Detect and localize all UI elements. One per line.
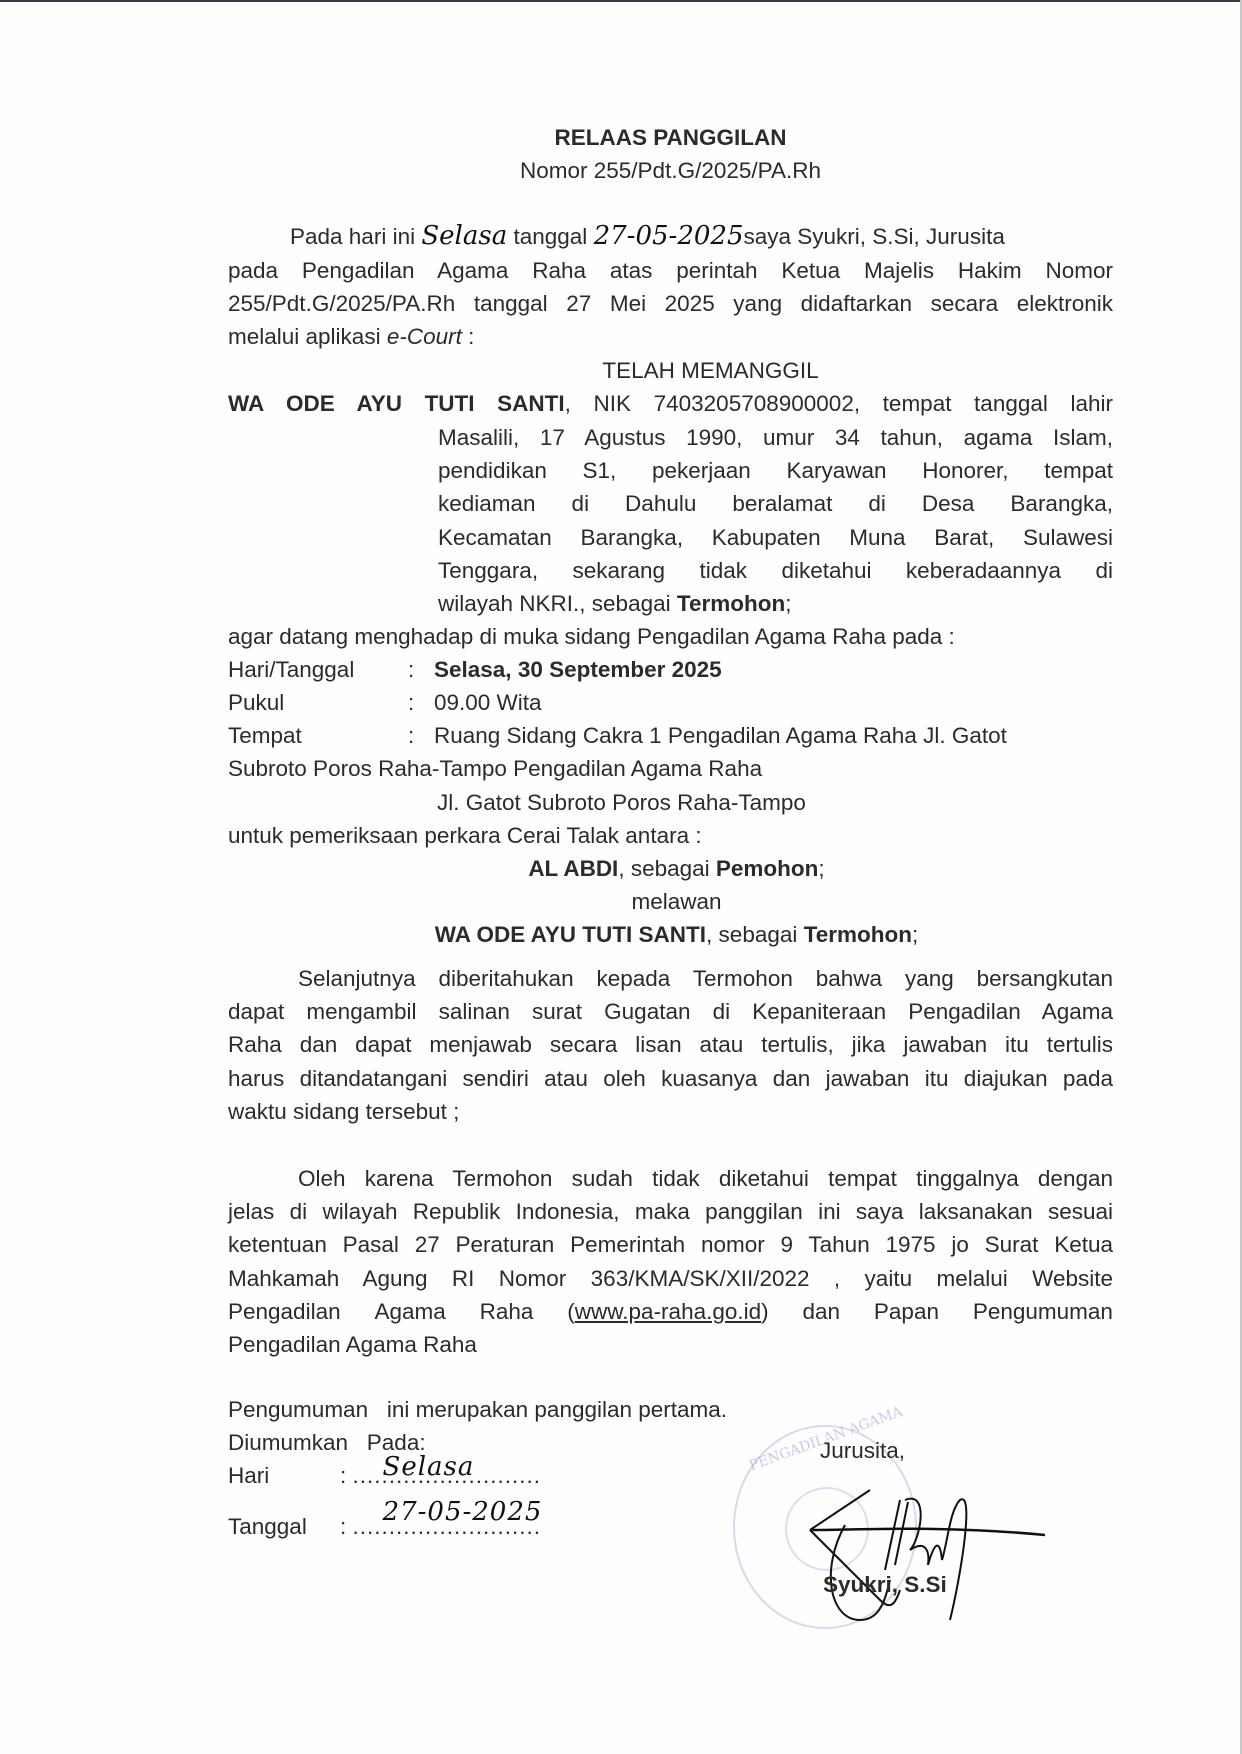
petitioner-line: AL ABDI, sebagai Pemohon;	[234, 852, 1119, 885]
reason-line: jelas di wilayah Republik Indonesia, mak…	[228, 1195, 1113, 1228]
respondent-detail-line: Masalili, 17 Agustus 1990, umur 34 tahun…	[438, 421, 1113, 454]
reason-line-5-papan: Papan	[874, 1295, 939, 1328]
reason-line-5-pengadilan: Pengadilan	[228, 1295, 341, 1328]
reason-line-5: Pengadilan Agama Raha (www.pa-raha.go.id…	[228, 1295, 1113, 1328]
respondent-last-suffix: ;	[785, 591, 791, 616]
signature-scribble	[800, 1480, 1050, 1630]
scan-top-edge	[0, 0, 1242, 2]
announcement-date-field: ..........................27-05-2025	[353, 1514, 542, 1539]
signature-block: Jurusita,	[820, 1438, 1080, 1464]
document-number: Nomor 255/Pdt.G/2025/PA.Rh	[228, 154, 1113, 187]
signer-position: Jurusita,	[820, 1438, 905, 1463]
opening-line-2: pada Pengadilan Agama Raha atas perintah…	[228, 254, 1113, 287]
respondent-detail-line: kediaman di Dahulu beralamat di Desa Bar…	[438, 487, 1113, 520]
case-intro: untuk pemeriksaan perkara Cerai Talak an…	[228, 819, 1113, 852]
announcement-day-handwritten: Selasa	[383, 1451, 475, 1484]
respondent-last-line: wilayah NKRI., sebagai Termohon;	[438, 587, 1113, 620]
respondent-first-line-rest: , NIK 7403205708900002, tempat tanggal l…	[565, 391, 1113, 416]
colon: :	[408, 653, 434, 686]
document-title: RELAAS PANGGILAN	[228, 121, 1113, 154]
summons-intro: agar datang menghadap di muka sidang Pen…	[228, 620, 1113, 653]
place-value-line-1: Ruang Sidang Cakra 1 Pengadilan Agama Ra…	[434, 723, 1007, 748]
notice-line: Selanjutnya diberitahukan kepada Termoho…	[298, 962, 1113, 995]
schedule-time: Pukul:09.00 Wita	[228, 686, 1113, 719]
reason-line-5-dan: dan	[803, 1295, 841, 1328]
handwritten-day: Selasa	[421, 221, 507, 251]
opening-line-1: Pada hari ini Selasa tanggal 27-05-2025s…	[290, 220, 1113, 253]
day-date-value: Selasa, 30 September 2025	[434, 657, 722, 682]
colon: :	[408, 719, 434, 752]
reason-line: Oleh karena Termohon sudah tidak diketah…	[298, 1162, 1113, 1195]
day-date-label: Hari/Tanggal	[228, 653, 408, 686]
respondent-role: Termohon	[677, 591, 785, 616]
website-link[interactable]: www.pa-raha.go.id	[575, 1299, 761, 1324]
party-end: ;	[818, 856, 824, 881]
respondent-detail-line: pendidikan S1, pekerjaan Karyawan Honore…	[438, 454, 1113, 487]
notice-line: dapat mengambil salinan surat Gugatan di…	[228, 995, 1113, 1028]
respondent-party-line: WA ODE AYU TUTI SANTI, sebagai Termohon;	[234, 918, 1119, 951]
petitioner-role: Pemohon	[716, 856, 819, 881]
reason-line-6: Pengadilan Agama Raha	[228, 1328, 1113, 1361]
respondent-party-mid: , sebagai	[706, 922, 804, 947]
colon: :	[340, 1514, 346, 1539]
colon: :	[408, 686, 434, 719]
announcement-day-field: ..........................Selasa	[353, 1463, 542, 1488]
respondent-detail-line: Kecamatan Barangka, Kabupaten Muna Barat…	[438, 521, 1113, 554]
heading-called: TELAH MEMANGGIL	[268, 354, 1153, 387]
petitioner-mid: , sebagai	[618, 856, 716, 881]
reason-line-5-agama: Agama	[374, 1295, 445, 1328]
reason-line: ketentuan Pasal 27 Peraturan Pemerintah …	[228, 1228, 1113, 1261]
place-value-line-3: Jl. Gatot Subroto Poros Raha-Tampo	[437, 786, 1242, 819]
respondent-line-1: WA ODE AYU TUTI SANTI, NIK 7403205708900…	[228, 387, 1113, 420]
place-label: Tempat	[228, 719, 408, 752]
notice-line: Raha dan dapat menjawab secara lisan ata…	[228, 1028, 1113, 1061]
opening-suffix: saya Syukri, S.Si, Jurusita	[743, 224, 1004, 249]
place-value-line-2: Subroto Poros Raha-Tampo Pengadilan Agam…	[228, 752, 1113, 785]
schedule-day-date: Hari/Tanggal:Selasa, 30 September 2025	[228, 653, 1113, 686]
notice-line: waktu sidang tersebut ;	[228, 1095, 1113, 1128]
opening-line-3: 255/Pdt.G/2025/PA.Rh tanggal 27 Mei 2025…	[228, 287, 1113, 320]
respondent-name: WA ODE AYU TUTI SANTI	[228, 391, 565, 416]
ecourt-label: e-Court	[387, 324, 462, 349]
colon: :	[340, 1463, 346, 1488]
versus-label: melawan	[234, 885, 1119, 918]
schedule-place: Tempat:Ruang Sidang Cakra 1 Pengadilan A…	[228, 719, 1113, 752]
tanggal-label: tanggal	[513, 224, 587, 249]
respondent-party-name: WA ODE AYU TUTI SANTI	[435, 922, 706, 947]
time-label: Pukul	[228, 686, 408, 719]
respondent-last-prefix: wilayah NKRI., sebagai	[438, 591, 677, 616]
opening-prefix: Pada hari ini	[290, 224, 415, 249]
opening-line-4: melalui aplikasi e-Court :	[228, 320, 1113, 353]
reason-line-5-raha: Raha	[480, 1295, 534, 1328]
party-end: ;	[912, 922, 918, 947]
respondent-detail-line: Tenggara, sekarang tidak diketahui keber…	[438, 554, 1113, 587]
time-value: 09.00 Wita	[434, 690, 542, 715]
opening-line-4-prefix: melalui aplikasi	[228, 324, 381, 349]
opening-line-4-suffix: :	[462, 324, 475, 349]
announcement-date-handwritten: 27-05-2025	[383, 1496, 543, 1529]
announcement-line-1: Pengumuman ini merupakan panggilan perta…	[228, 1393, 1113, 1426]
petitioner-name: AL ABDI	[528, 856, 618, 881]
announcement-date-label: Tanggal	[228, 1510, 340, 1543]
handwritten-date: 27-05-2025	[594, 221, 744, 251]
signer-name: Syukri, S.Si	[823, 1572, 947, 1598]
announcement-day-label: Hari	[228, 1459, 340, 1492]
reason-line-5-pengumuman: Pengumuman	[973, 1295, 1113, 1328]
notice-line: harus ditandatangani sendiri atau oleh k…	[228, 1062, 1113, 1095]
reason-line: Mahkamah Agung RI Nomor 363/KMA/SK/XII/2…	[228, 1262, 1113, 1295]
reason-line-5-website-wrap: (www.pa-raha.go.id)	[567, 1295, 768, 1328]
respondent-party-role: Termohon	[804, 922, 912, 947]
